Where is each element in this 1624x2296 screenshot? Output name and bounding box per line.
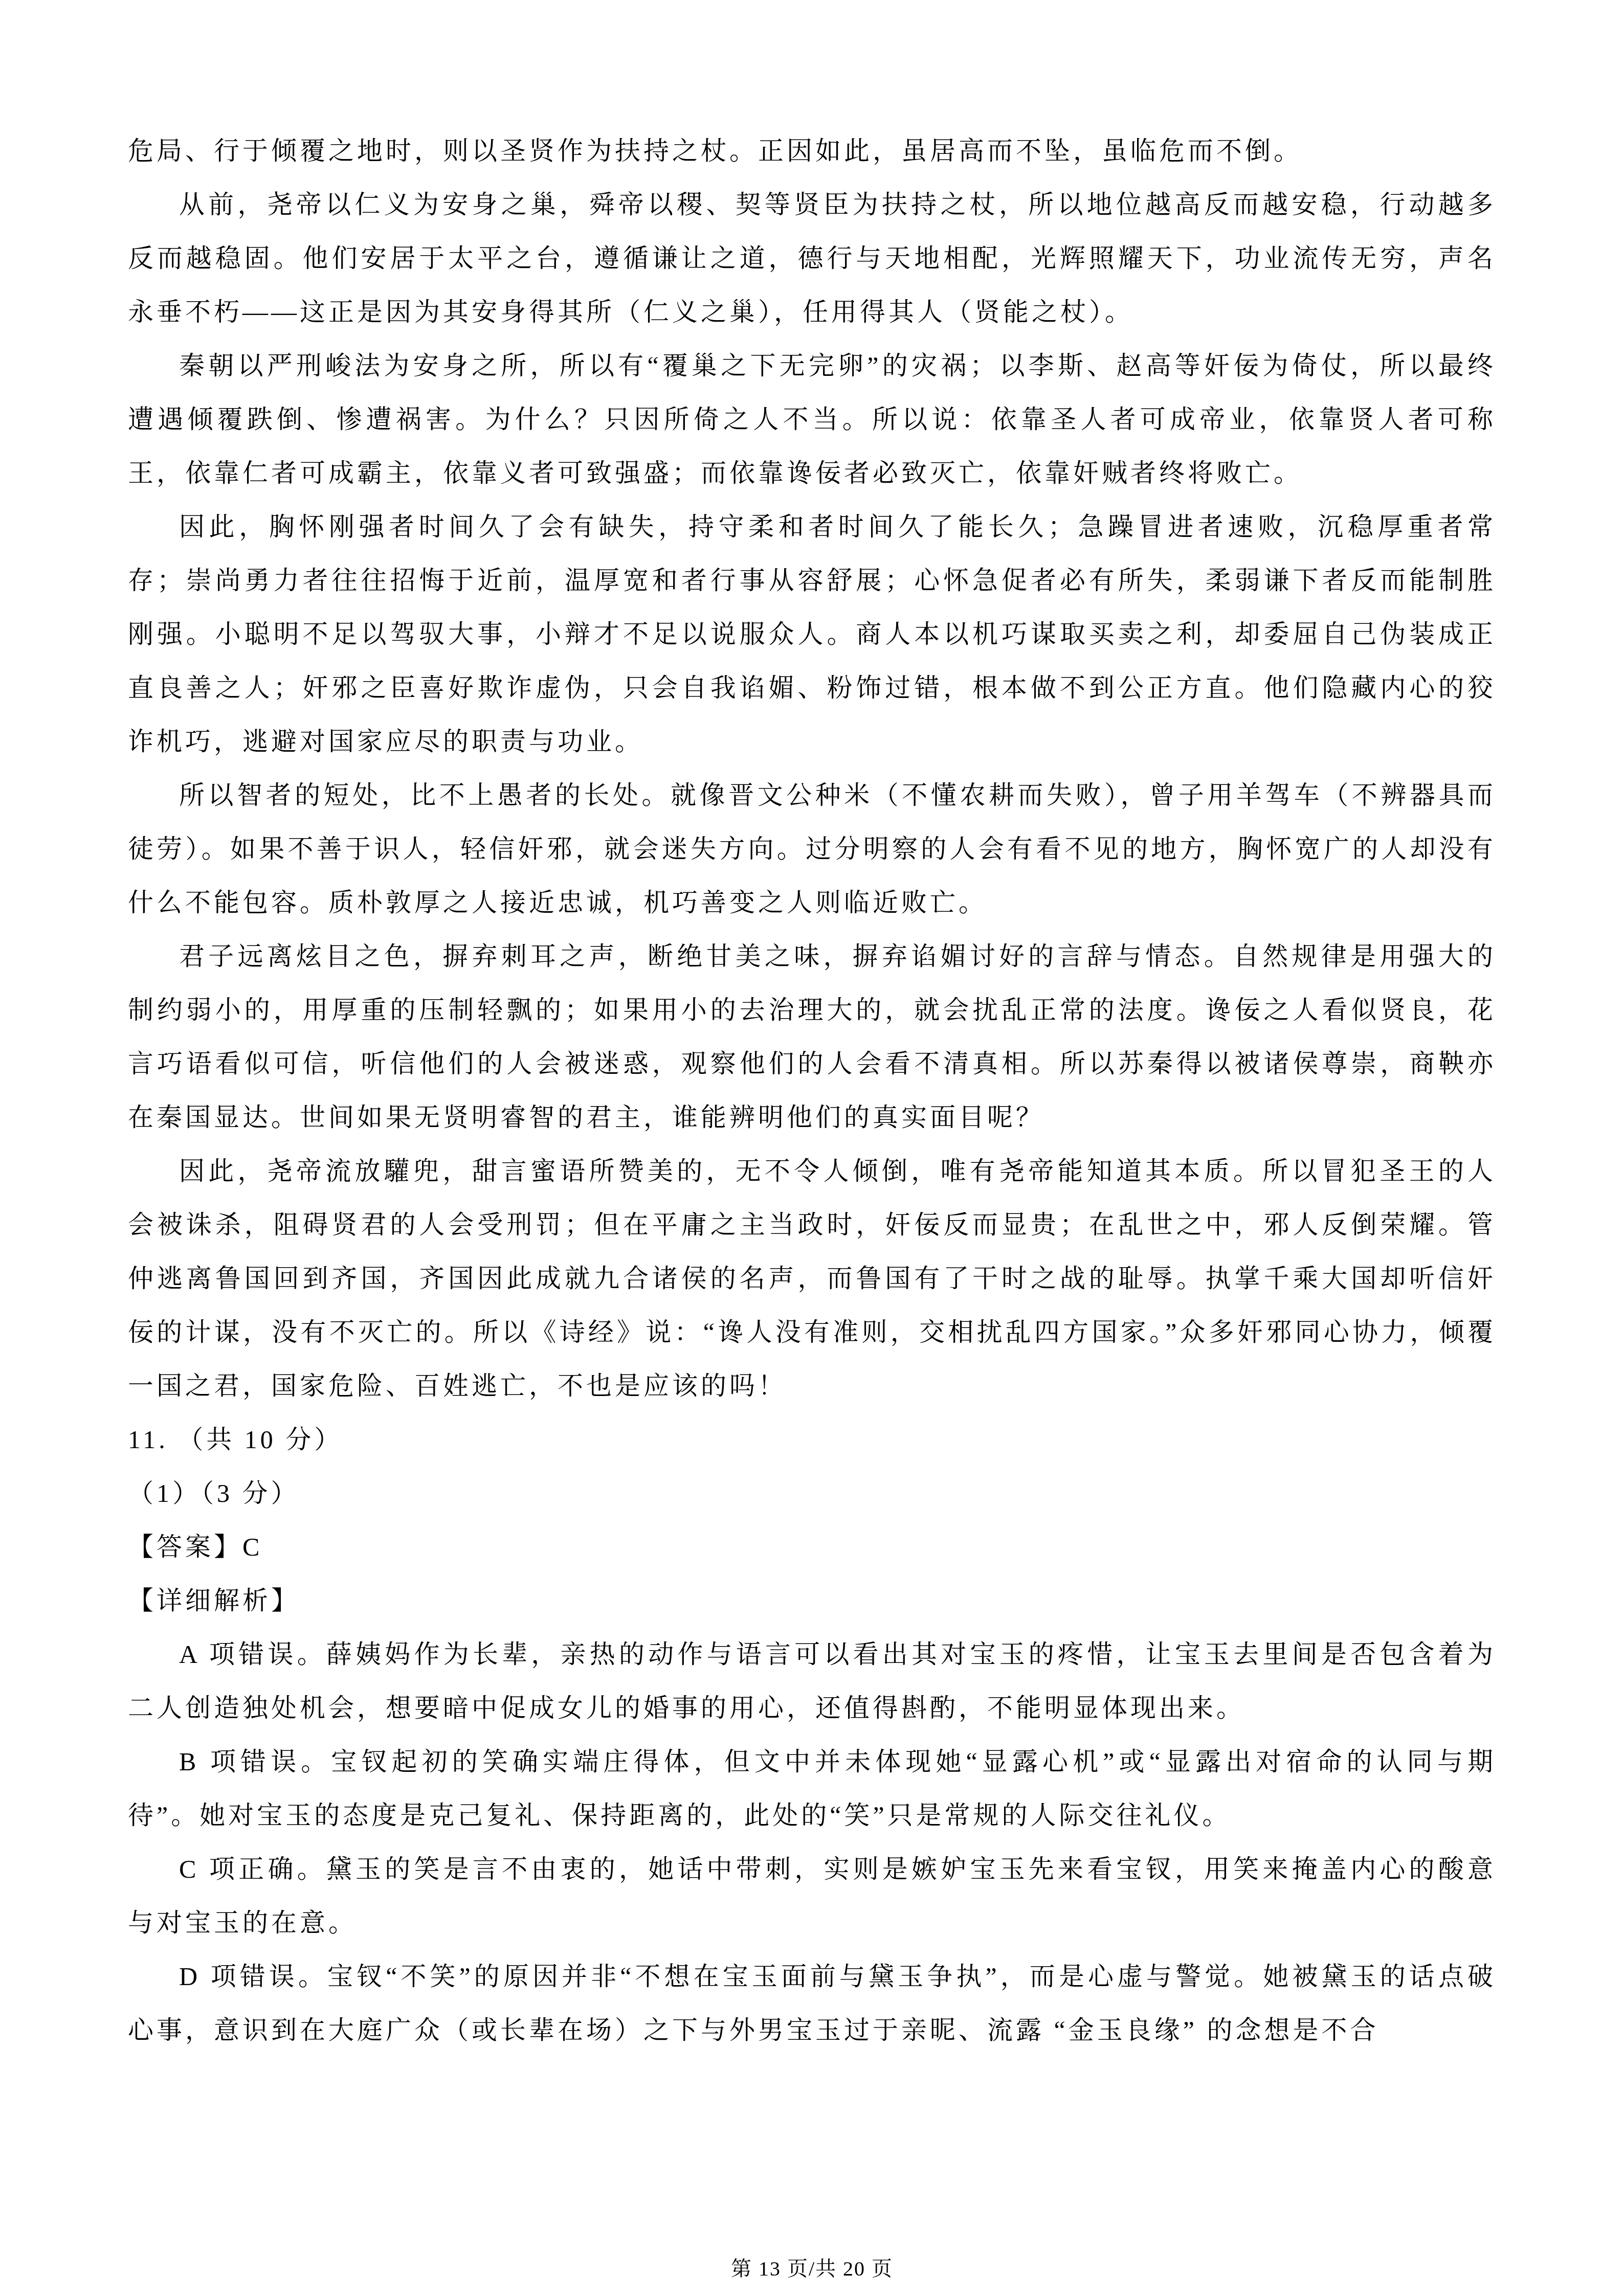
- sub-question-line: （1）（3 分）: [128, 1467, 1496, 1520]
- paragraph-continuation: 危局、行于倾覆之地时，则以圣贤作为扶持之杖。正因如此，虽居高而不坠，虽临危而不倒…: [128, 124, 1496, 178]
- paragraph: 因此，尧帝流放驩兜，甜言蜜语所赞美的，无不令人倾倒，唯有尧帝能知道其本质。所以冒…: [128, 1144, 1496, 1413]
- question-number-line: 11. （共 10 分）: [128, 1413, 1496, 1467]
- analysis-option-a: A 项错误。薛姨妈作为长辈，亲热的动作与语言可以看出其对宝玉的疼惜，让宝玉去里间…: [128, 1628, 1496, 1735]
- paragraph: 因此，胸怀刚强者时间久了会有缺失，持守柔和者时间久了能长久；急躁冒进者速败，沉稳…: [128, 500, 1496, 769]
- paragraph: 君子远离炫目之色，摒弃刺耳之声，断绝甘美之味，摒弃谄媚讨好的言辞与情态。自然规律…: [128, 930, 1496, 1144]
- paragraph: 从前，尧帝以仁义为安身之巢，舜帝以稷、契等贤臣为扶持之杖，所以地位越高反而越安稳…: [128, 178, 1496, 339]
- analysis-heading: 【详细解析】: [128, 1574, 1496, 1628]
- answer-line: 【答案】C: [128, 1520, 1496, 1574]
- document-body: 危局、行于倾覆之地时，则以圣贤作为扶持之杖。正因如此，虽居高而不坠，虽临危而不倒…: [128, 124, 1496, 2057]
- document-page: 危局、行于倾覆之地时，则以圣贤作为扶持之杖。正因如此，虽居高而不坠，虽临危而不倒…: [0, 0, 1624, 2296]
- paragraph: 所以智者的短处，比不上愚者的长处。就像晋文公种米（不懂农耕而失败），曾子用羊驾车…: [128, 769, 1496, 930]
- analysis-option-b: B 项错误。宝钗起初的笑确实端庄得体，但文中并未体现她“显露心机”或“显露出对宿…: [128, 1735, 1496, 1842]
- page-footer: 第 13 页/共 20 页: [0, 2253, 1624, 2282]
- analysis-option-c: C 项正确。黛玉的笑是言不由衷的，她话中带刺，实则是嫉妒宝玉先来看宝钗，用笑来掩…: [128, 1842, 1496, 1950]
- analysis-option-d: D 项错误。宝钗“不笑”的原因并非“不想在宝玉面前与黛玉争执”，而是心虚与警觉。…: [128, 1950, 1496, 2057]
- paragraph: 秦朝以严刑峻法为安身之所，所以有“覆巢之下无完卵”的灾祸；以李斯、赵高等奸佞为倚…: [128, 339, 1496, 500]
